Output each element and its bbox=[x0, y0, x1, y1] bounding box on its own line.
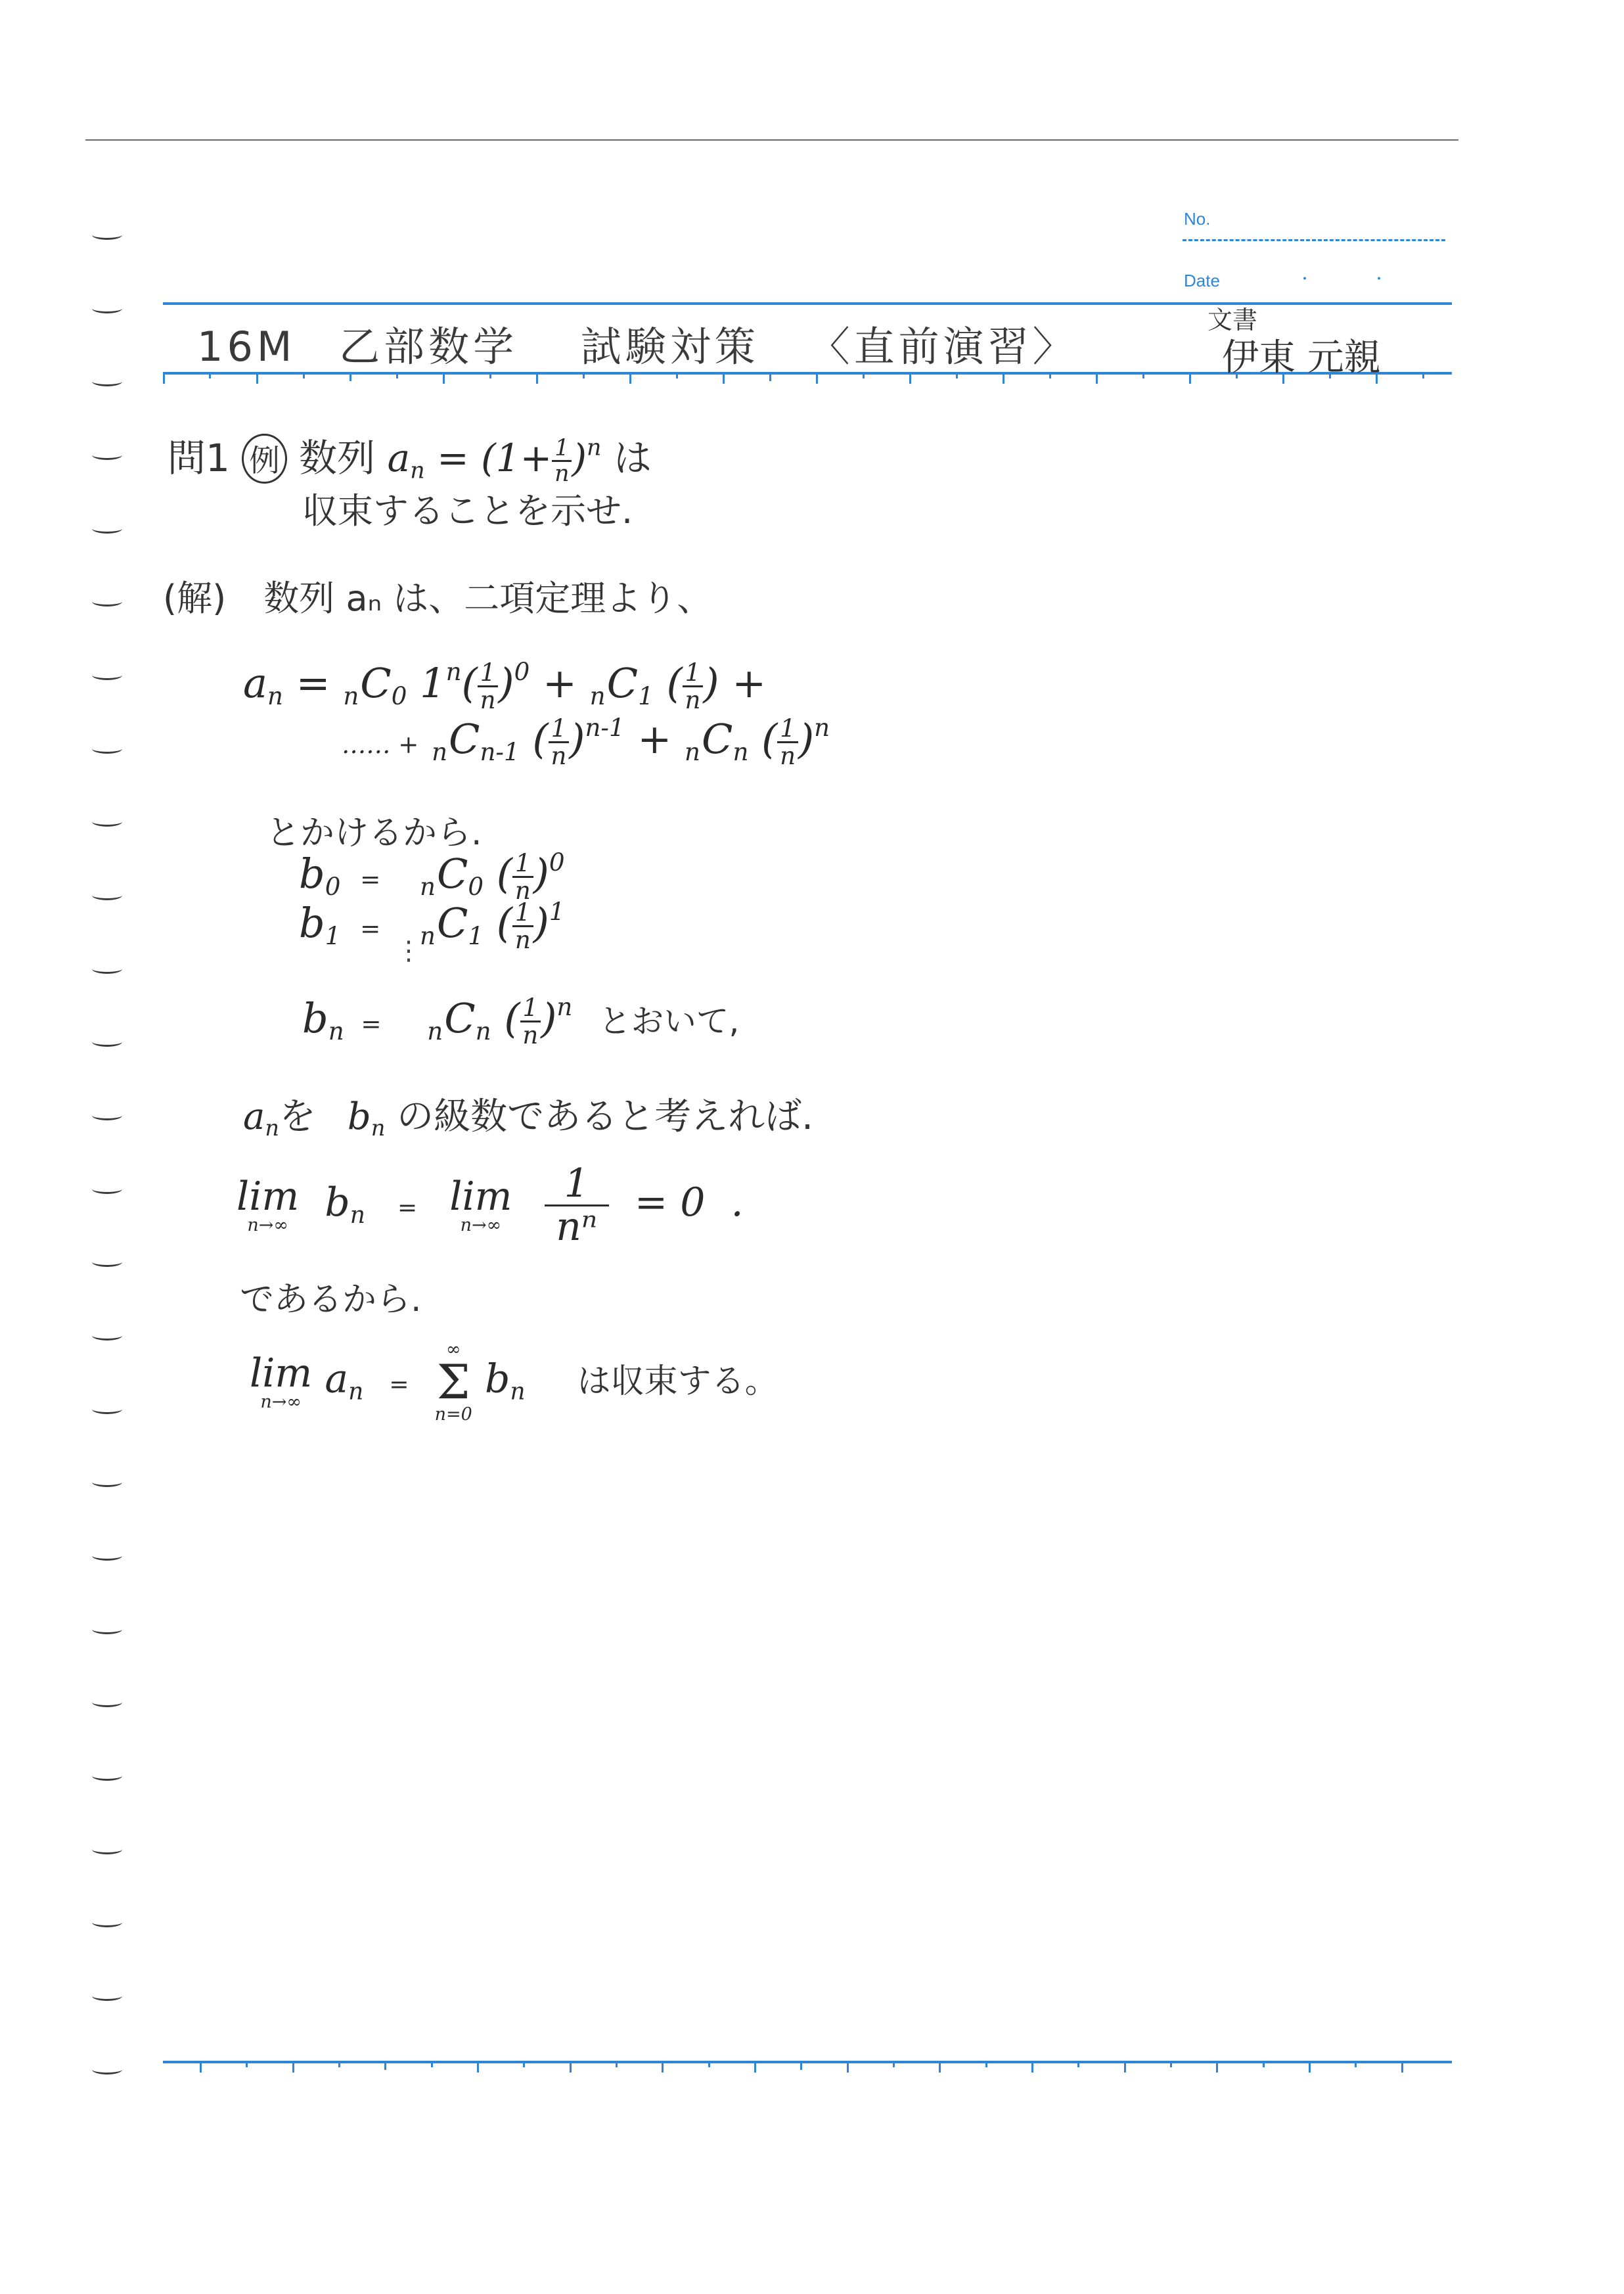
problem-number: 問1 bbox=[168, 436, 230, 480]
ring-hole bbox=[92, 1624, 122, 1634]
put-as-text: とおいて, bbox=[598, 1002, 739, 1040]
ring-hole bbox=[92, 1771, 122, 1781]
therefore-text: であるから. bbox=[240, 1272, 422, 1321]
ring-hole bbox=[92, 1037, 122, 1047]
date-label: Date bbox=[1184, 271, 1220, 291]
conclusion-equation: limn→∞ an = ∞Σn=0 bn は収束する。 bbox=[250, 1341, 778, 1423]
ring-hole bbox=[92, 890, 122, 900]
bottom-ruler-ticks bbox=[163, 2063, 1452, 2075]
date-separator: ・ bbox=[1297, 268, 1312, 288]
solution-label: (解) bbox=[163, 578, 226, 619]
problem-line-1: 問1 例 数列 an = (1+1n)n は bbox=[168, 427, 652, 486]
date-separator: ・ bbox=[1372, 268, 1386, 288]
definition-bn: bn = nCn (1n)n とおいて, bbox=[302, 992, 739, 1048]
ring-hole bbox=[92, 1404, 122, 1414]
ring-hole bbox=[92, 1477, 122, 1487]
ring-hole bbox=[92, 1917, 122, 1927]
title-class: 16M bbox=[197, 323, 296, 371]
title-subject: 数学 bbox=[428, 323, 518, 371]
ring-hole bbox=[92, 304, 122, 313]
ring-hole bbox=[92, 1184, 122, 1194]
problem-formula: an = (1+1n)n bbox=[388, 436, 614, 480]
solution-intro: (解) 数列 aₙ は、二項定理より、 bbox=[163, 570, 712, 621]
expansion-line-2: …… + nCn-1 (1n)n-1 + nCn (1n)n bbox=[342, 713, 830, 769]
page-title: 16M 乙部数学 試験対策 〈直前演習〉 bbox=[197, 314, 1077, 373]
series-sentence: anを bn の級数であると考えれば. bbox=[243, 1088, 813, 1141]
ring-hole bbox=[92, 670, 122, 680]
definition-b0: b0 = nC0 (1n)0 bbox=[299, 848, 565, 904]
ring-hole bbox=[92, 964, 122, 974]
ring-hole bbox=[92, 524, 122, 534]
ring-hole bbox=[92, 1991, 122, 2001]
ring-hole bbox=[92, 377, 122, 386]
title-department: 乙部 bbox=[339, 323, 428, 371]
ring-hole bbox=[92, 2065, 122, 2075]
ring-hole bbox=[92, 1111, 122, 1120]
vertical-ellipsis: ⋮ bbox=[395, 946, 422, 955]
definition-b1: b1 = nC1 (1n)1 bbox=[299, 897, 565, 953]
author-name: 伊東 元親 bbox=[1222, 329, 1381, 381]
header-top-line bbox=[163, 302, 1452, 305]
problem-text: 数列 bbox=[299, 436, 375, 480]
problem-line-2: 収束することを示せ. bbox=[302, 483, 633, 534]
page-top-rule bbox=[85, 139, 1458, 141]
ring-hole bbox=[92, 230, 122, 240]
ring-hole bbox=[92, 597, 122, 607]
number-label: No. bbox=[1184, 209, 1210, 229]
expansion-line-1: an = nC0 1n(1n)0 + nC1 (1n) + bbox=[243, 657, 766, 713]
ring-hole bbox=[92, 1845, 122, 1854]
number-field-line bbox=[1183, 239, 1445, 241]
ring-hole bbox=[92, 817, 122, 827]
ring-hole bbox=[92, 1257, 122, 1267]
title-final-practice: 〈直前演習〉 bbox=[809, 323, 1077, 371]
ring-hole bbox=[92, 744, 122, 754]
ring-hole bbox=[92, 450, 122, 460]
ring-hole bbox=[92, 1551, 122, 1561]
conclusion-text: は収束する。 bbox=[577, 1362, 778, 1401]
limit-equation: limn→∞ bn = limn→∞ 1nⁿ = 0 . bbox=[237, 1163, 744, 1248]
ring-hole bbox=[92, 1697, 122, 1707]
solution-intro-text: 数列 aₙ は、二項定理より、 bbox=[263, 578, 712, 619]
title-exam-prep: 試験対策 bbox=[581, 323, 759, 371]
ring-hole bbox=[92, 1331, 122, 1341]
example-tag: 例 bbox=[242, 434, 286, 484]
can-write-text: とかけるから. bbox=[266, 805, 482, 854]
problem-particle: は bbox=[614, 436, 652, 480]
